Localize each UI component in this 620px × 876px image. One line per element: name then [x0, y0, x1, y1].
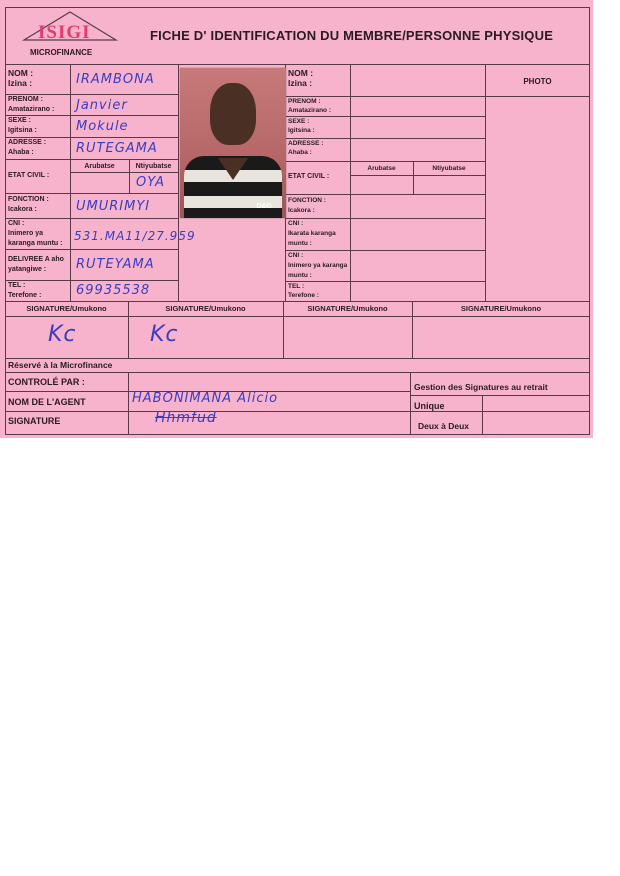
logo-subtitle: MICROFINANCE — [30, 48, 92, 57]
logo-name: ISIGI — [38, 22, 91, 44]
agent-signature: Hhmfud — [155, 410, 217, 426]
delivree-value: RUTEYAMA — [76, 257, 155, 272]
signature-header-3: SIGNATURE/Umukono — [283, 304, 412, 314]
tel-label: TEL :Terefone : — [8, 281, 41, 301]
etat-civil-label: ETAT CIVIL : — [8, 171, 49, 181]
unique-label: Unique — [414, 401, 445, 411]
ntiyubatse-value: OYA — [136, 175, 165, 190]
arubatse-label-2: Arubatse — [350, 164, 413, 174]
controle-label: CONTROLÉ PAR : — [8, 377, 85, 387]
photo-caption: D&G — [256, 203, 272, 210]
fonction-label-2: FONCTION :Icakora : — [288, 196, 326, 216]
face-icon — [210, 83, 256, 145]
prenom-label-2: PRENOM :Amatazirano : — [288, 97, 331, 115]
nom-label-2: NOM :Izina : — [288, 68, 313, 88]
sexe-label-2: SEXE :Igitsina : — [288, 117, 315, 135]
cni2-label-2: CNI :Inimero ya karangamuntu : — [288, 251, 347, 281]
agent-label: NOM DE L'AGENT — [8, 397, 86, 407]
member-photo: D&G — [180, 68, 286, 218]
identification-form-sheet: ISIGI MICROFINANCE FICHE D' IDENTIFICATI… — [0, 0, 593, 438]
page-title: FICHE D' IDENTIFICATION DU MEMBRE/PERSON… — [150, 28, 553, 43]
fonction-label: FONCTION :Icakora : — [8, 195, 49, 215]
tel-value: 69935538 — [76, 283, 150, 298]
signature-label: SIGNATURE — [8, 416, 60, 426]
fonction-value: UMURIMYI — [76, 199, 150, 214]
sexe-label: SEXE :Igitsina : — [8, 116, 37, 136]
signature-header-1: SIGNATURE/Umukono — [5, 304, 128, 314]
adresse-value: RUTEGAMA — [76, 141, 158, 156]
etat-civil-label-2: ETAT CIVIL : — [288, 172, 329, 182]
prenom-value: Janvier — [76, 98, 128, 113]
nom-label: NOM :Izina : — [8, 68, 33, 88]
signature-header-4: SIGNATURE/Umukono — [412, 304, 590, 314]
ntiyubatse-label-2: Ntiyubatse — [413, 164, 485, 174]
delivree-label: DELIVREE A ahoyatangiwe : — [8, 255, 64, 275]
agent-value: HABONIMANA Alicio — [132, 391, 278, 406]
sexe-value: Mokule — [76, 119, 129, 134]
ntiyubatse-label: Ntiyubatse — [129, 162, 178, 172]
cni1-label-2: CNI :Ikarata karangamuntu : — [288, 219, 336, 249]
gestion-label: Gestion des Signatures au retrait — [414, 382, 548, 392]
deux-a-deux-label: Deux à Deux — [418, 421, 469, 431]
adresse-label-2: ADRESSE :Ahaba : — [288, 139, 323, 157]
signature-header-2: SIGNATURE/Umukono — [128, 304, 283, 314]
cni-value: 531.MA11/27.959 — [74, 229, 196, 243]
signature-2: Kc — [150, 322, 179, 347]
tel-label-2: TEL :Terefone : — [288, 282, 319, 300]
arubatse-label: Arubatse — [70, 162, 129, 172]
cni-label: CNI :Inimero yakaranga muntu : — [8, 219, 62, 249]
adresse-label: ADRESSE :Ahaba : — [8, 138, 46, 158]
nom-value: IRAMBONA — [76, 72, 155, 87]
reserved-label: Réservé à la Microfinance — [8, 360, 112, 370]
photo-header: PHOTO — [485, 77, 590, 87]
prenom-label: PRENOM :Amatazirano : — [8, 95, 54, 115]
signature-1: Kc — [48, 322, 77, 347]
